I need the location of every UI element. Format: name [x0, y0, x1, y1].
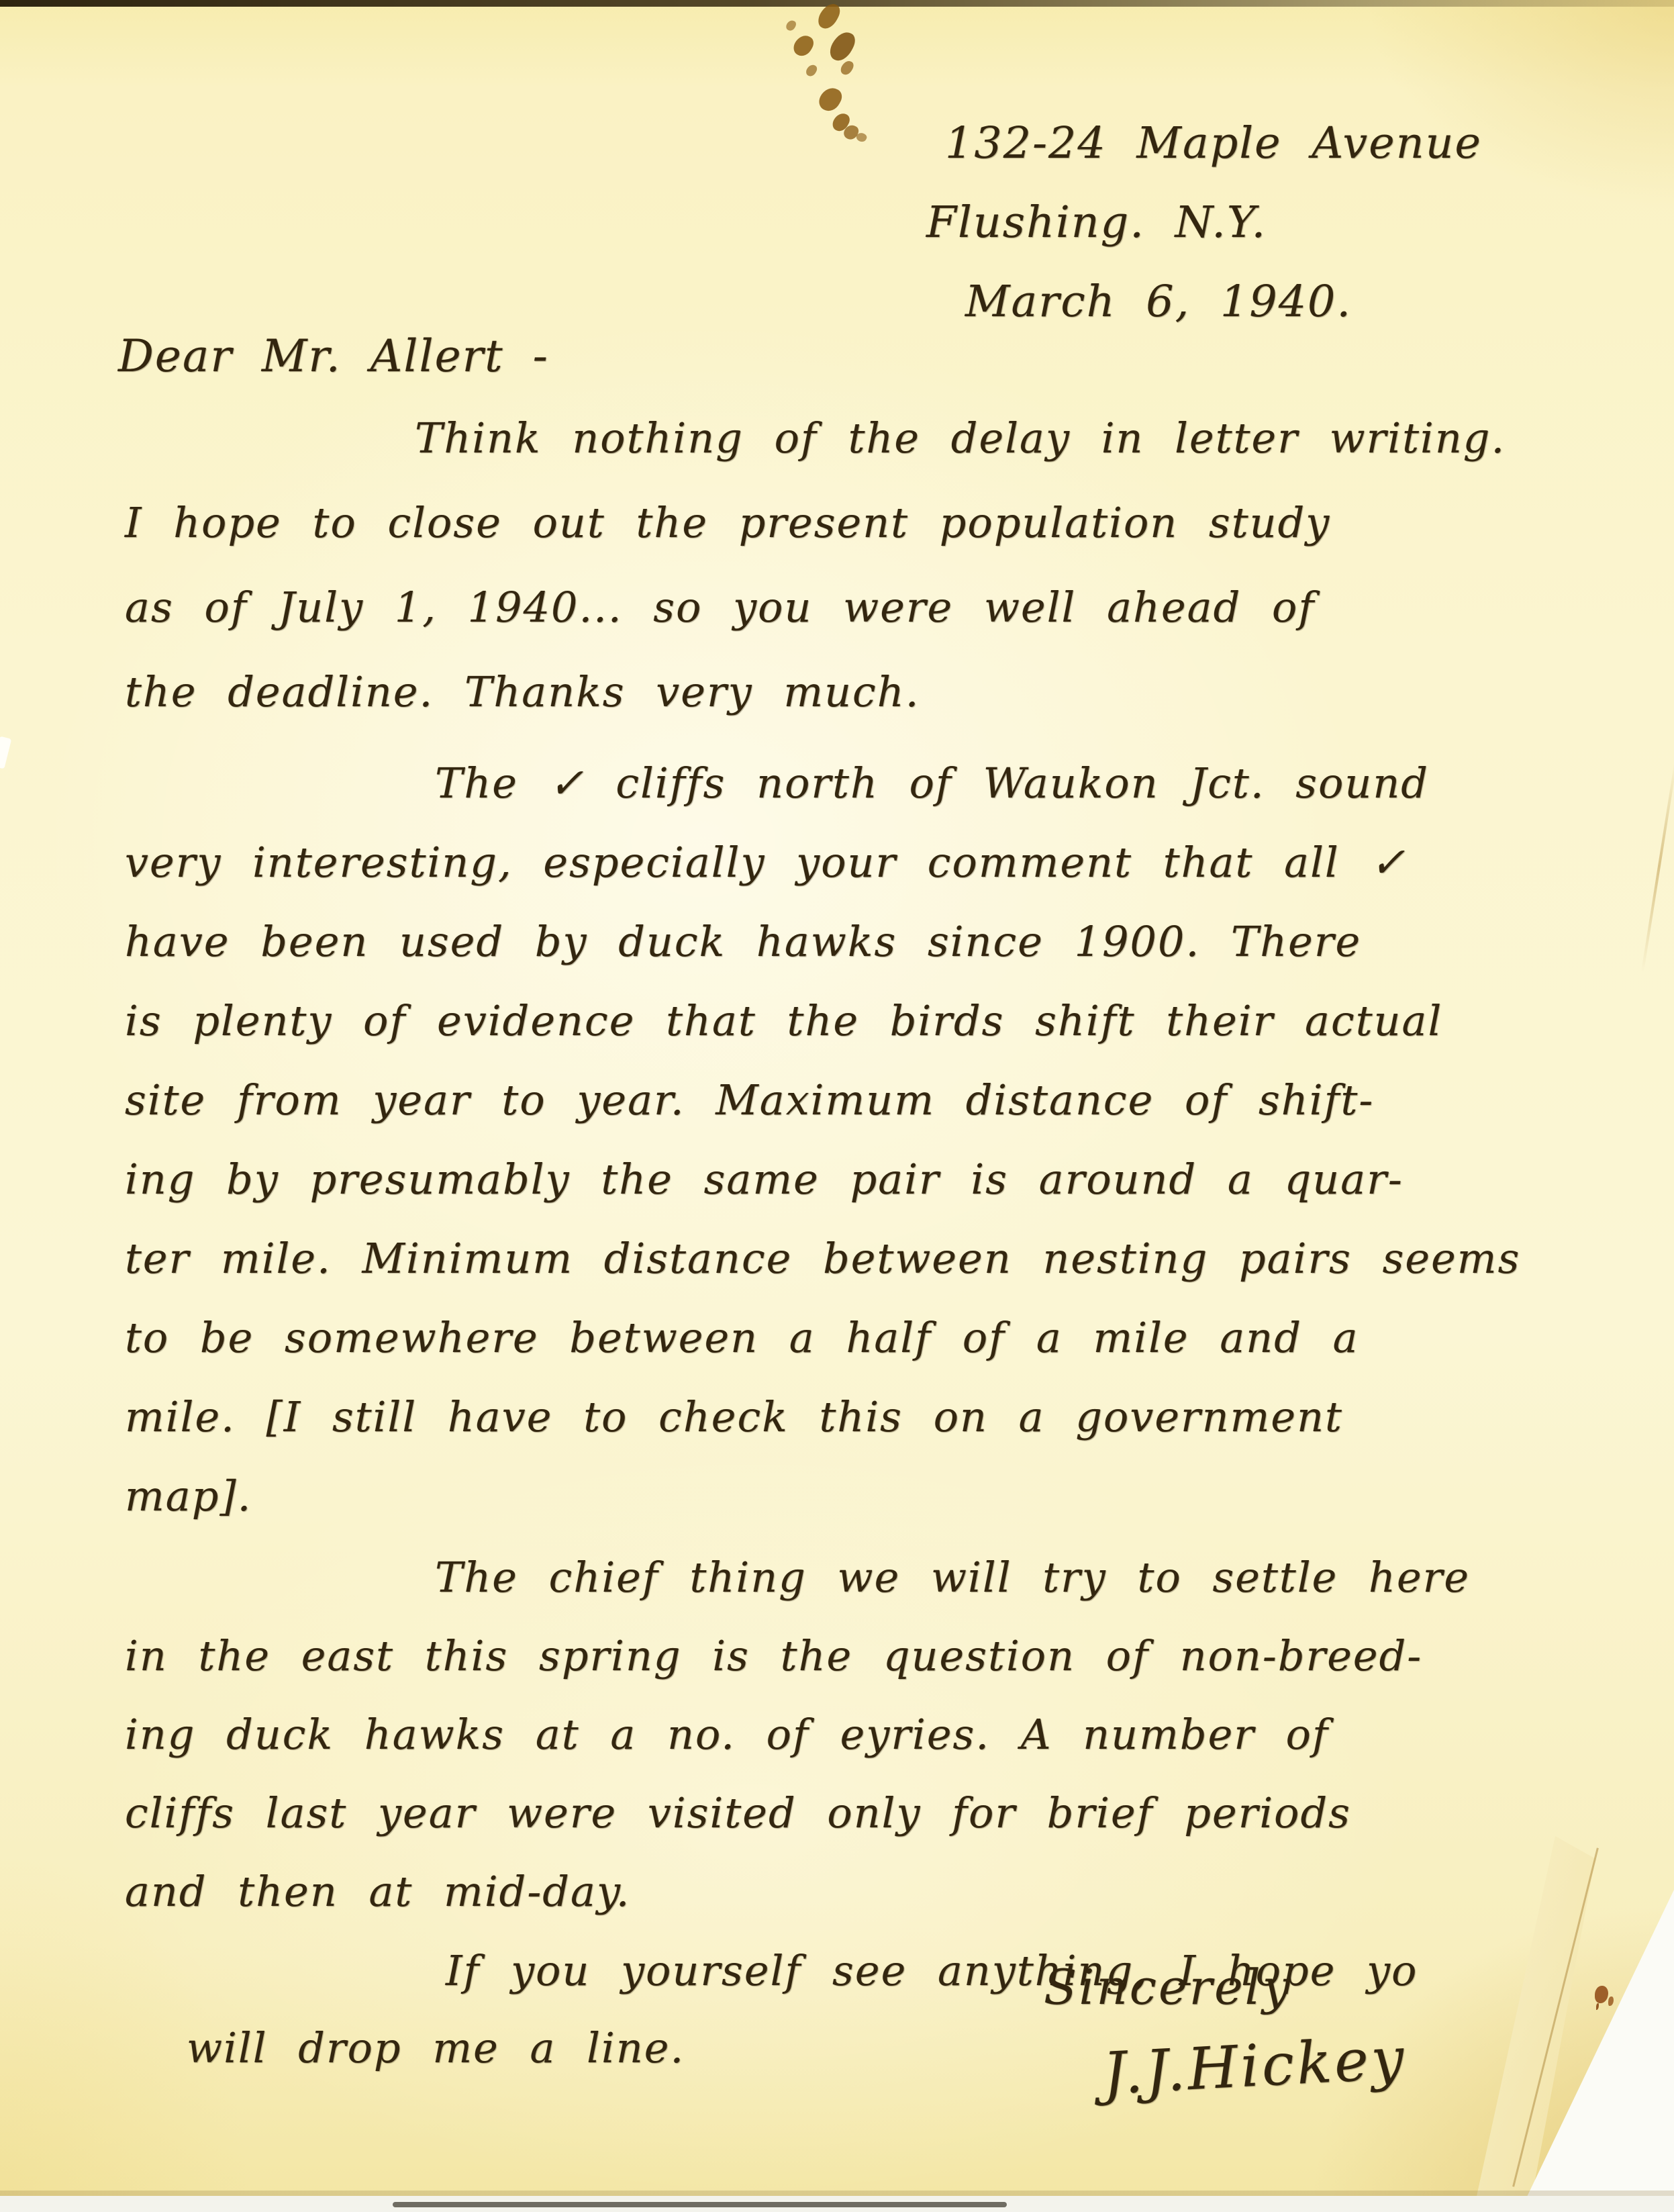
- letter-line: map].: [125, 1457, 1622, 1536]
- letter-line: site from year to year. Maximum distance…: [125, 1061, 1622, 1140]
- paper-edge-shadow-bottom: [0, 2191, 1674, 2196]
- letter-line: to be somewhere between a half of a mile…: [125, 1298, 1622, 1378]
- ink-drip-blob: [826, 28, 858, 65]
- address-line-1: 132-24 Maple Avenue: [945, 104, 1482, 183]
- letter-line: very interesting, especially your commen…: [125, 823, 1622, 902]
- letter-line: mile. [I still have to check this on a g…: [125, 1378, 1622, 1457]
- scanner-line-bottom: [393, 2202, 1007, 2207]
- letter-line: The ✓ cliffs north of Waukon Jct. sound: [125, 744, 1622, 823]
- letter-line: and then at mid-day.: [125, 1852, 1622, 1931]
- handwritten-letter-scan: 132-24 Maple Avenue Flushing. N.Y. March…: [0, 0, 1674, 2212]
- letter-line: ter mile. Minimum distance between nesti…: [125, 1219, 1622, 1298]
- salutation: Dear Mr. Allert -: [118, 330, 549, 382]
- ink-drip-stain: [772, 0, 886, 158]
- letter-line: The chief thing we will try to settle he…: [125, 1538, 1622, 1617]
- paragraph-3: The chief thing we will try to settle he…: [125, 1538, 1622, 1931]
- paper-notch-left: [0, 736, 11, 769]
- closing: Sincerely: [1044, 1959, 1407, 2015]
- signature: J.J.Hickey: [1101, 2025, 1408, 2108]
- letter-line: cliffs last year were visited only for b…: [125, 1774, 1622, 1852]
- paper-crease-right: [1641, 760, 1674, 973]
- ink-drip-blob: [805, 63, 819, 78]
- ink-drip-blob: [815, 0, 843, 32]
- letter-body: Think nothing of the delay in letter wri…: [125, 396, 1622, 2086]
- letter-line: is plenty of evidence that the birds shi…: [125, 981, 1622, 1061]
- letter-heading: 132-24 Maple Avenue Flushing. N.Y. March…: [926, 104, 1482, 342]
- letter-line: ing duck hawks at a no. of eyries. A num…: [125, 1695, 1622, 1774]
- letter-line: as of July 1, 1940... so you were well a…: [125, 565, 1622, 650]
- letter-line: have been used by duck hawks since 1900.…: [125, 902, 1622, 981]
- ink-drip-blob: [816, 84, 844, 115]
- letter-line: I hope to close out the present populati…: [125, 481, 1622, 565]
- letter-line: Think nothing of the delay in letter wri…: [125, 396, 1622, 481]
- date-line: March 6, 1940.: [965, 262, 1482, 342]
- paragraph-2: The ✓ cliffs north of Waukon Jct. sound …: [125, 744, 1622, 1536]
- letter-line: in the east this spring is the question …: [125, 1617, 1622, 1695]
- address-line-2: Flushing. N.Y.: [926, 183, 1482, 262]
- ink-drip-blob: [785, 19, 797, 32]
- letter-line: the deadline. Thanks very much.: [125, 650, 1622, 734]
- closing-block: Sincerely J.J.Hickey: [1044, 1959, 1407, 2100]
- paragraph-1: Think nothing of the delay in letter wri…: [125, 396, 1622, 734]
- ink-drip-blob: [791, 32, 816, 59]
- ink-drip-blob: [839, 59, 855, 77]
- letter-line: ing by presumably the same pair is aroun…: [125, 1140, 1622, 1219]
